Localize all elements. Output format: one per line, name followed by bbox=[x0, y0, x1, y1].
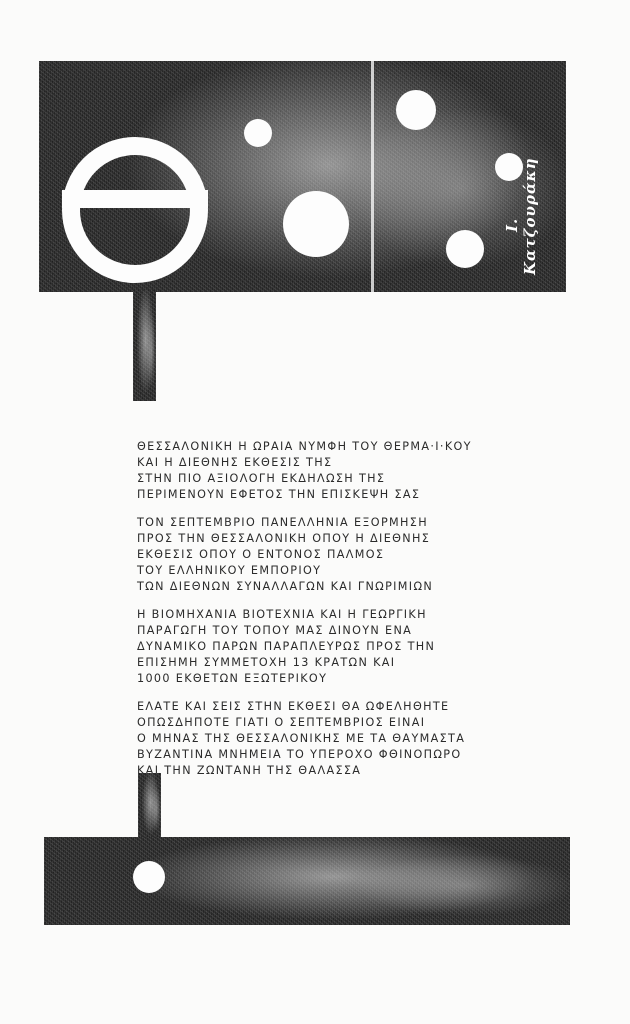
paragraph-3: Η ΒΙΟΜΗΧΑΝΙΑ ΒΙΟΤΕΧΝΙΑ ΚΑΙ Η ΓΕΩΡΓΙΚΗ ΠΑ… bbox=[137, 607, 517, 687]
top-panel-stem bbox=[133, 290, 156, 401]
text-line: Η ΒΙΟΜΗΧΑΝΙΑ ΒΙΟΤΕΧΝΙΑ ΚΑΙ Η ΓΕΩΡΓΙΚΗ bbox=[137, 607, 517, 623]
text-line: ΠΕΡΙΜΕΝΟΥΝ ΕΦΕΤΟΣ ΤΗΝ ΕΠΙΣΚΕΨΗ ΣΑΣ bbox=[137, 487, 517, 503]
artist-signature: I. Κατζουράκη bbox=[503, 175, 543, 275]
text-line: ΠΡΟΣ ΤΗΝ ΘΕΣΣΑΛΟΝΙΚΗ ΟΠΟΥ Η ΔΙΕΘΝΗΣ bbox=[137, 531, 517, 547]
theta-emblem-crossbar bbox=[62, 190, 208, 208]
paragraph-2: ΤΟΝ ΣΕΠΤΕΜΒΡΙΟ ΠΑΝΕΛΛΗΝΙΑ ΕΞΟΡΜΗΣΗ ΠΡΟΣ … bbox=[137, 515, 517, 595]
text-line: ΔΥΝΑΜΙΚΟ ΠΑΡΩΝ ΠΑΡΑΠΛΕΥΡΩΣ ΠΡΟΣ ΤΗΝ bbox=[137, 639, 517, 655]
text-line: ΕΚΘΕΣΙΣ ΟΠΟΥ Ο ΕΝΤΟΝΟΣ ΠΑΛΜΟΣ bbox=[137, 547, 517, 563]
text-line: ΒΥΖΑΝΤΙΝΑ ΜΝΗΜΕΙΑ ΤΟ ΥΠΕΡΟΧΟ ΦΘΙΝΟΠΩΡΟ bbox=[137, 747, 517, 763]
bottom-panel-stem bbox=[138, 773, 161, 839]
text-line: ΤΟΥ ΕΛΛΗΝΙΚΟΥ ΕΜΠΟΡΙΟΥ bbox=[137, 563, 517, 579]
text-line: ΤΩΝ ΔΙΕΘΝΩΝ ΣΥΝΑΛΛΑΓΩΝ ΚΑΙ ΓΝΩΡΙΜΙΩΝ bbox=[137, 579, 517, 595]
text-line: ΤΟΝ ΣΕΠΤΕΜΒΡΙΟ ΠΑΝΕΛΛΗΝΙΑ ΕΞΟΡΜΗΣΗ bbox=[137, 515, 517, 531]
paragraph-4: ΕΛΑΤΕ ΚΑΙ ΣΕΙΣ ΣΤΗΝ ΕΚΘΕΣΙ ΘΑ ΩΦΕΛΗΘΗΤΕ … bbox=[137, 699, 517, 779]
circle-dot-upper-right bbox=[396, 90, 436, 130]
text-line: ΚΑΙ Η ΔΙΕΘΝΗΣ ΕΚΘΕΣΙΣ ΤΗΣ bbox=[137, 455, 517, 471]
circle-dot-large bbox=[283, 191, 349, 257]
text-line: ΟΠΩΣΔΗΠΟΤΕ ΓΙΑΤΙ Ο ΣΕΠΤΕΜΒΡΙΟΣ ΕΙΝΑΙ bbox=[137, 715, 517, 731]
text-line: ΘΕΣΣΑΛΟΝΙΚΗ Η ΩΡΑΙΑ ΝΥΜΦΗ ΤΟΥ ΘΕΡΜΑ·Ι·ΚΟ… bbox=[137, 439, 517, 455]
vertical-light-streak bbox=[371, 61, 374, 292]
text-line: Ο ΜΗΝΑΣ ΤΗΣ ΘΕΣΣΑΛΟΝΙΚΗΣ ΜΕ ΤΑ ΘΑΥΜΑΣΤΑ bbox=[137, 731, 517, 747]
text-line: ΠΑΡΑΓΩΓΗ ΤΟΥ ΤΟΠΟΥ ΜΑΣ ΔΙΝΟΥΝ ΕΝΑ bbox=[137, 623, 517, 639]
text-line: ΣΤΗΝ ΠΙΟ ΑΞΙΟΛΟΓΗ ΕΚΔΗΛΩΣΗ ΤΗΣ bbox=[137, 471, 517, 487]
circle-dot-lower-right bbox=[446, 230, 484, 268]
poster-body-text: ΘΕΣΣΑΛΟΝΙΚΗ Η ΩΡΑΙΑ ΝΥΜΦΗ ΤΟΥ ΘΕΡΜΑ·Ι·ΚΟ… bbox=[137, 439, 517, 791]
text-line: ΚΑΙ ΤΗΝ ΖΩΝΤΑΝΗ ΤΗΣ ΘΑΛΑΣΣΑ bbox=[137, 763, 517, 779]
text-line: ΕΛΑΤΕ ΚΑΙ ΣΕΙΣ ΣΤΗΝ ΕΚΘΕΣΙ ΘΑ ΩΦΕΛΗΘΗΤΕ bbox=[137, 699, 517, 715]
theta-emblem-ring bbox=[62, 137, 208, 283]
circle-dot-bottom bbox=[133, 861, 165, 893]
circle-dot-small bbox=[244, 119, 272, 147]
paragraph-1: ΘΕΣΣΑΛΟΝΙΚΗ Η ΩΡΑΙΑ ΝΥΜΦΗ ΤΟΥ ΘΕΡΜΑ·Ι·ΚΟ… bbox=[137, 439, 517, 503]
bottom-graphic-panel bbox=[44, 837, 570, 925]
text-line: 1000 ΕΚΘΕΤΩΝ ΕΞΩΤΕΡΙΚΟΥ bbox=[137, 671, 517, 687]
text-line: ΕΠΙΣΗΜΗ ΣΥΜΜΕΤΟΧΗ 13 ΚΡΑΤΩΝ ΚΑΙ bbox=[137, 655, 517, 671]
